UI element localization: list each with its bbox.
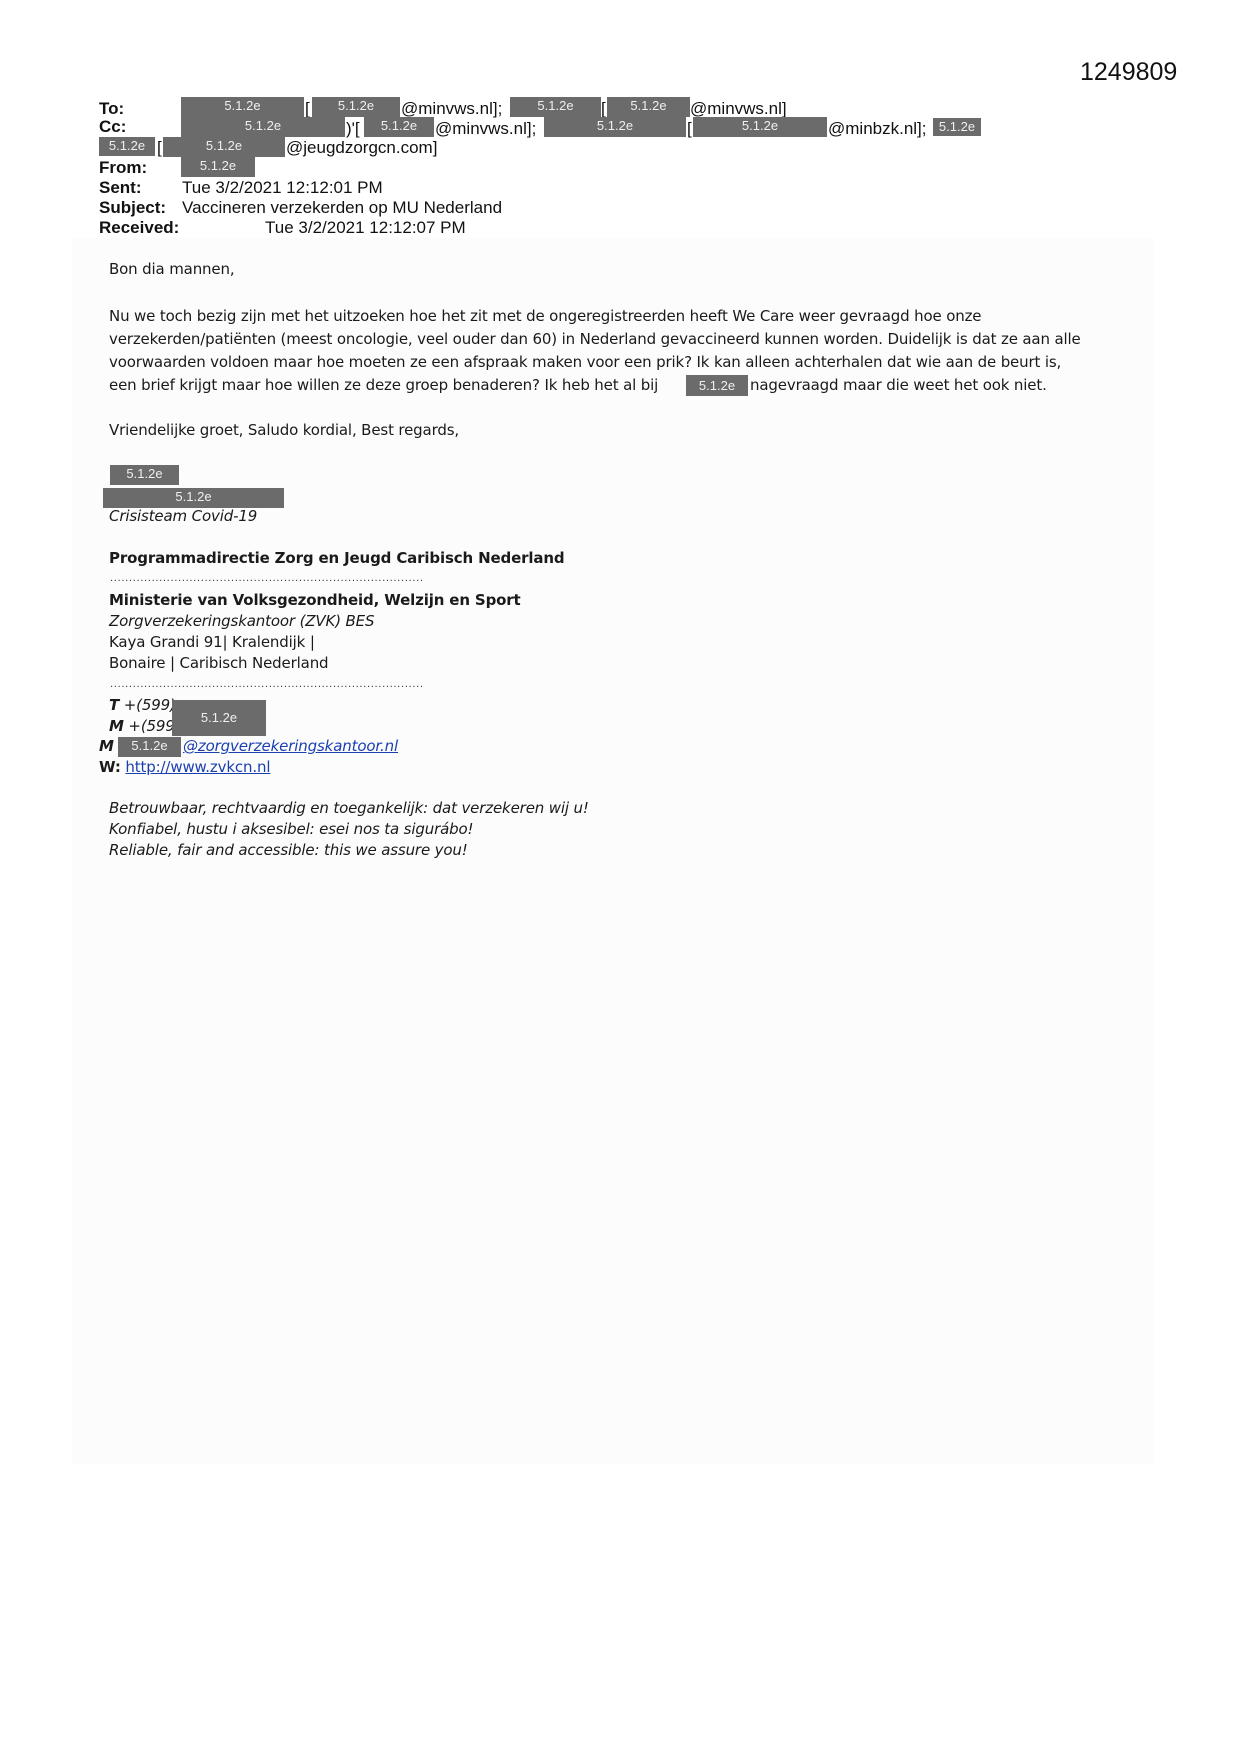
paragraph-line: voorwaarden voldoen maar hoe moeten ze e…: [109, 351, 1061, 374]
web-label: W:: [99, 758, 121, 776]
document-page: 1249809 To: Cc: From: Sent: Subject: Rec…: [0, 0, 1241, 1754]
to-bracket: [: [601, 99, 606, 119]
signature-directorate: Programmadirectie Zorg en Jeugd Caribisc…: [109, 547, 564, 570]
redaction-box: 5.1.2e: [544, 117, 686, 137]
phone-t-label: T: [109, 696, 119, 714]
document-number: 1249809: [1080, 58, 1177, 87]
to-recipient-domain: @minvws.nl]: [690, 99, 787, 119]
subject-label: Subject:: [99, 198, 166, 218]
from-label: From:: [99, 158, 147, 178]
tagline-nl: Betrouwbaar, rechtvaardig en toegankelij…: [109, 797, 589, 820]
redaction-box: 5.1.2e: [510, 97, 601, 117]
tagline-en: Reliable, fair and accessible: this we a…: [109, 839, 468, 862]
greeting: Bon dia mannen,: [109, 258, 234, 281]
divider-dots: ........................................…: [110, 679, 422, 690]
cc-label: Cc:: [99, 117, 126, 137]
phone-m-label: M: [109, 717, 124, 735]
tagline-pap: Konfiabel, hustu i aksesibel: esei nos t…: [109, 818, 473, 841]
signature-address-line: Bonaire | Caribisch Nederland: [109, 652, 328, 675]
to-recipient-domain: @minvws.nl];: [401, 99, 502, 119]
closing: Vriendelijke groet, Saludo kordial, Best…: [109, 419, 459, 442]
redaction-box: 5.1.2e: [686, 375, 748, 396]
redaction-box: 5.1.2e: [181, 97, 304, 117]
redaction-box: 5.1.2e: [933, 118, 981, 136]
cc-recipient-domain: @minbzk.nl];: [828, 119, 927, 139]
cc-bracket: [: [687, 119, 692, 139]
received-value: Tue 3/2/2021 12:12:07 PM: [265, 218, 466, 238]
web-row: W: http://www.zvkcn.nl: [99, 756, 270, 779]
signature-team: Crisisteam Covid-19: [109, 505, 257, 528]
received-label: Received:: [99, 218, 179, 238]
mail-link[interactable]: @zorgverzekeringskantoor.nl: [183, 735, 398, 758]
paragraph-line: nagevraagd maar die weet het ook niet.: [750, 374, 1047, 397]
sent-label: Sent:: [99, 178, 142, 198]
redaction-box: 5.1.2e: [172, 700, 266, 736]
redaction-box: 5.1.2e: [693, 117, 827, 137]
subject-value: Vaccineren verzekerden op MU Nederland: [182, 198, 502, 218]
paragraph-line: een brief krijgt maar hoe willen ze deze…: [109, 374, 658, 397]
redaction-box: 5.1.2e: [312, 97, 400, 117]
redaction-box: 5.1.2e: [99, 137, 155, 156]
divider-dots: ........................................…: [110, 573, 422, 584]
mail-label: M: [99, 735, 114, 758]
redaction-box: 5.1.2e: [181, 117, 345, 137]
cc-recipient-domain: @minvws.nl];: [435, 119, 536, 139]
redaction-box: 5.1.2e: [364, 117, 434, 137]
cc-bracket: [: [157, 138, 162, 158]
redaction-box: 5.1.2e: [110, 465, 179, 485]
cc-recipient-domain: @jeugdzorgcn.com]: [286, 138, 437, 158]
redaction-box: 5.1.2e: [118, 737, 181, 757]
paragraph-line: Nu we toch bezig zijn met het uitzoeken …: [109, 305, 981, 328]
mail-domain[interactable]: @zorgverzekeringskantoor.nl: [183, 737, 398, 755]
cc-separator: )'[: [346, 119, 360, 139]
phone-t-prefix: +(599): [124, 696, 176, 714]
redaction-box: 5.1.2e: [163, 137, 285, 157]
to-bracket: [: [305, 99, 310, 119]
phone-m-prefix: +(599: [128, 717, 174, 735]
signature-office: Zorgverzekeringskantoor (ZVK) BES: [109, 610, 374, 633]
signature-ministry: Ministerie van Volksgezondheid, Welzijn …: [109, 589, 521, 612]
sent-value: Tue 3/2/2021 12:12:01 PM: [182, 178, 383, 198]
redaction-box: 5.1.2e: [181, 157, 255, 177]
phone-m: M +(599: [109, 715, 175, 738]
phone-t: T +(599): [109, 694, 176, 717]
web-link[interactable]: http://www.zvkcn.nl: [125, 758, 270, 776]
paragraph-line: verzekerden/patiënten (meest oncologie, …: [109, 328, 1081, 351]
signature-address-line: Kaya Grandi 91| Kralendijk |: [109, 631, 315, 654]
redaction-box: 5.1.2e: [607, 97, 690, 117]
to-label: To:: [99, 99, 124, 119]
